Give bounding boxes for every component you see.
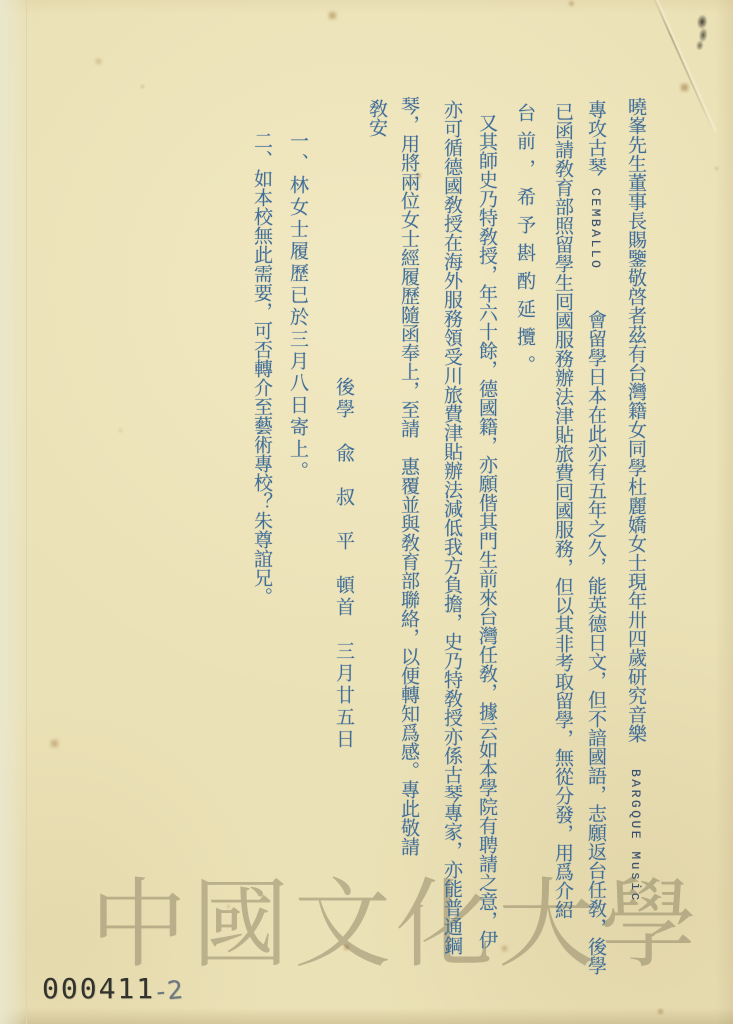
column-3-text: 已函請敎育部照留學生囘國服務辦法津貼旅費囘國服務，但以其非考取留學，無從分發，用… xyxy=(552,102,573,919)
column-6-text: 亦可循德國敎授在海外服務領受川旅費津貼辦法減低我方負擔，史乃特敎授亦係古琴專家，… xyxy=(441,100,462,955)
letter-column-6: 亦可循德國敎授在海外服務領受川旅費津貼辦法減低我方負擔，史乃特敎授亦係古琴專家，… xyxy=(439,95,463,1020)
column-2-text-continued: 會留學日本在此亦有五年之久，能英德日文，但不諳國語，志願返台任敎，後學 xyxy=(585,310,606,975)
cembalo-annotation: CEMBALLO xyxy=(588,188,603,270)
baroque-music-annotation: BARGQUE Music xyxy=(628,769,643,903)
letter-column-2: 專攻古琴CEMBALLO會留學日本在此亦有五年之久，能英德日文，但不諳國語，志願… xyxy=(583,95,607,1020)
numbered-note-2: 二、如本校無此需要，可否轉介至藝術專校？朱尊誼兄。 xyxy=(249,95,273,1020)
scanned-letter-page: 中國文化大學 曉峯先生董事長賜鑒敬啓者茲有台灣籍女同學杜麗嬌女士現年卅四歲研究音… xyxy=(0,0,733,1024)
column-7-text: 琴，用將兩位女士經履歷隨函奉上，至請 惠覆並與敎育部聯絡，以便轉知爲感。專此敬請 xyxy=(398,96,419,856)
closing-salute-text: 敎安 xyxy=(366,99,387,137)
foxing-spots xyxy=(0,0,1,1)
numbered-note-1: 一、林女士履歷已於三月八日寄上。 xyxy=(285,95,309,1020)
closing-salute: 敎安 xyxy=(364,95,388,1020)
archive-number: 000411 xyxy=(42,972,155,1005)
numbered-note-2-text: 二、如本校無此需要，可否轉介至藝術專校？朱尊誼兄。 xyxy=(251,131,272,606)
archive-number-suffix: -2 xyxy=(155,975,186,1006)
page-left-edge xyxy=(0,0,27,1024)
letter-column-1: 曉峯先生董事長賜鑒敬啓者茲有台灣籍女同學杜麗嬌女士現年卅四歲研究音樂BARGQU… xyxy=(623,95,647,1020)
signature-and-date-text: 後學 兪 叔 平 頓首 三月廿五日 xyxy=(333,377,354,751)
archive-number-stamp: 000411-2 xyxy=(42,972,185,1005)
letter-column-7: 琴，用將兩位女士經履歷隨函奉上，至請 惠覆並與敎育部聯絡，以便轉知爲感。專此敬請 xyxy=(396,95,420,1020)
numbered-note-1-text: 一、林女士履歷已於三月八日寄上。 xyxy=(287,131,308,483)
column-4-text: 台前，希予斟酌延攬。 xyxy=(514,103,535,383)
column-5-text: 又其師史乃特敎授，年六十餘，德國籍，亦願偕其門生前來台灣任敎，據云如本學院有聘請… xyxy=(476,113,497,949)
column-2-text: 專攻古琴 xyxy=(585,100,606,176)
salutation-text: 曉峯先生董事長賜鑒敬啓者茲有台灣籍女同學杜麗嬌女士現年卅四歲研究音樂 xyxy=(625,97,646,743)
letter-column-5: 又其師史乃特敎授，年六十餘，德國籍，亦願偕其門生前來台灣任敎，據云如本學院有聘請… xyxy=(474,95,498,1020)
letter-body: 曉峯先生董事長賜鑒敬啓者茲有台灣籍女同學杜麗嬌女士現年卅四歲研究音樂BARGQU… xyxy=(249,95,647,1020)
ink-smudge xyxy=(692,13,713,51)
letter-column-3: 已函請敎育部照留學生囘國服務辦法津貼旅費囘國服務，但以其非考取留學，無從分發，用… xyxy=(550,95,574,1020)
signature-column: 後學 兪 叔 平 頓首 三月廿五日 xyxy=(331,95,355,1020)
letter-column-4: 台前，希予斟酌延攬。 xyxy=(512,95,536,1020)
